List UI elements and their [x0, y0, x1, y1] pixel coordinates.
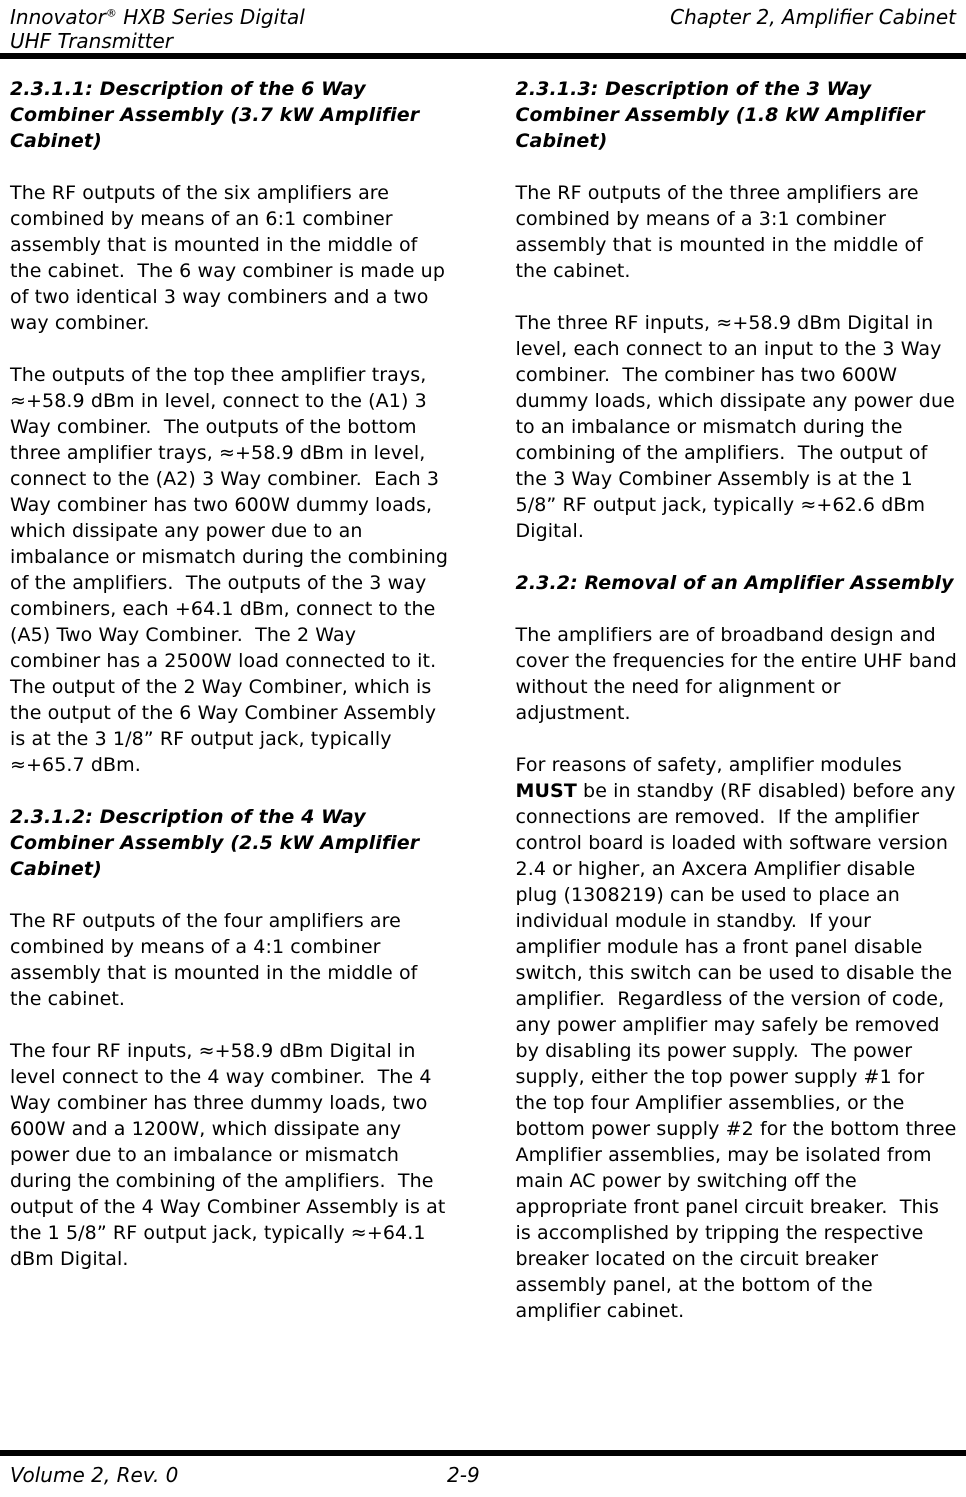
header-rule [0, 53, 966, 59]
content-columns: 2.3.1.1: Description of the 6 Way Combin… [10, 76, 957, 1350]
left-column: 2.3.1.1: Description of the 6 Way Combin… [10, 76, 452, 1350]
body-paragraph: The three RF inputs, ≈+58.9 dBm Digital … [516, 310, 958, 544]
header-chapter: Chapter 2, Amplifier Cabinet [670, 5, 956, 29]
footer-page-number: 2-9 [447, 1463, 480, 1487]
body-paragraph: The amplifiers are of broadband design a… [516, 622, 958, 726]
body-paragraph: The four RF inputs, ≈+58.9 dBm Digital i… [10, 1038, 452, 1272]
body-paragraph: The RF outputs of the six amplifiers are… [10, 180, 452, 336]
header-title-line1: Innovator® HXB Series Digital [10, 5, 305, 29]
footer-rule [0, 1450, 966, 1456]
right-column: 2.3.1.3: Description of the 3 Way Combin… [516, 76, 958, 1350]
section-heading: 2.3.2: Removal of an Amplifier Assembly [516, 570, 958, 596]
section-heading: 2.3.1.3: Description of the 3 Way Combin… [516, 76, 958, 154]
registered-trademark-icon: ® [106, 6, 117, 19]
header-subtitle: UHF Transmitter [10, 29, 305, 53]
footer-volume: Volume 2, Rev. 0 [10, 1463, 178, 1487]
section-heading: 2.3.1.2: Description of the 4 Way Combin… [10, 804, 452, 882]
page-header: Innovator® HXB Series Digital UHF Transm… [0, 0, 966, 53]
body-paragraph: The RF outputs of the four amplifiers ar… [10, 908, 452, 1012]
document-page: Innovator® HXB Series Digital UHF Transm… [0, 0, 966, 1497]
section-heading: 2.3.1.1: Description of the 6 Way Combin… [10, 76, 452, 154]
body-paragraph: The outputs of the top thee amplifier tr… [10, 362, 452, 778]
product-series: HXB Series Digital [117, 5, 305, 29]
header-title-block: Innovator® HXB Series Digital UHF Transm… [10, 5, 305, 53]
body-paragraph: For reasons of safety, amplifier modules… [516, 752, 958, 1324]
body-paragraph: The RF outputs of the three amplifiers a… [516, 180, 958, 284]
product-name: Innovator [10, 5, 106, 29]
